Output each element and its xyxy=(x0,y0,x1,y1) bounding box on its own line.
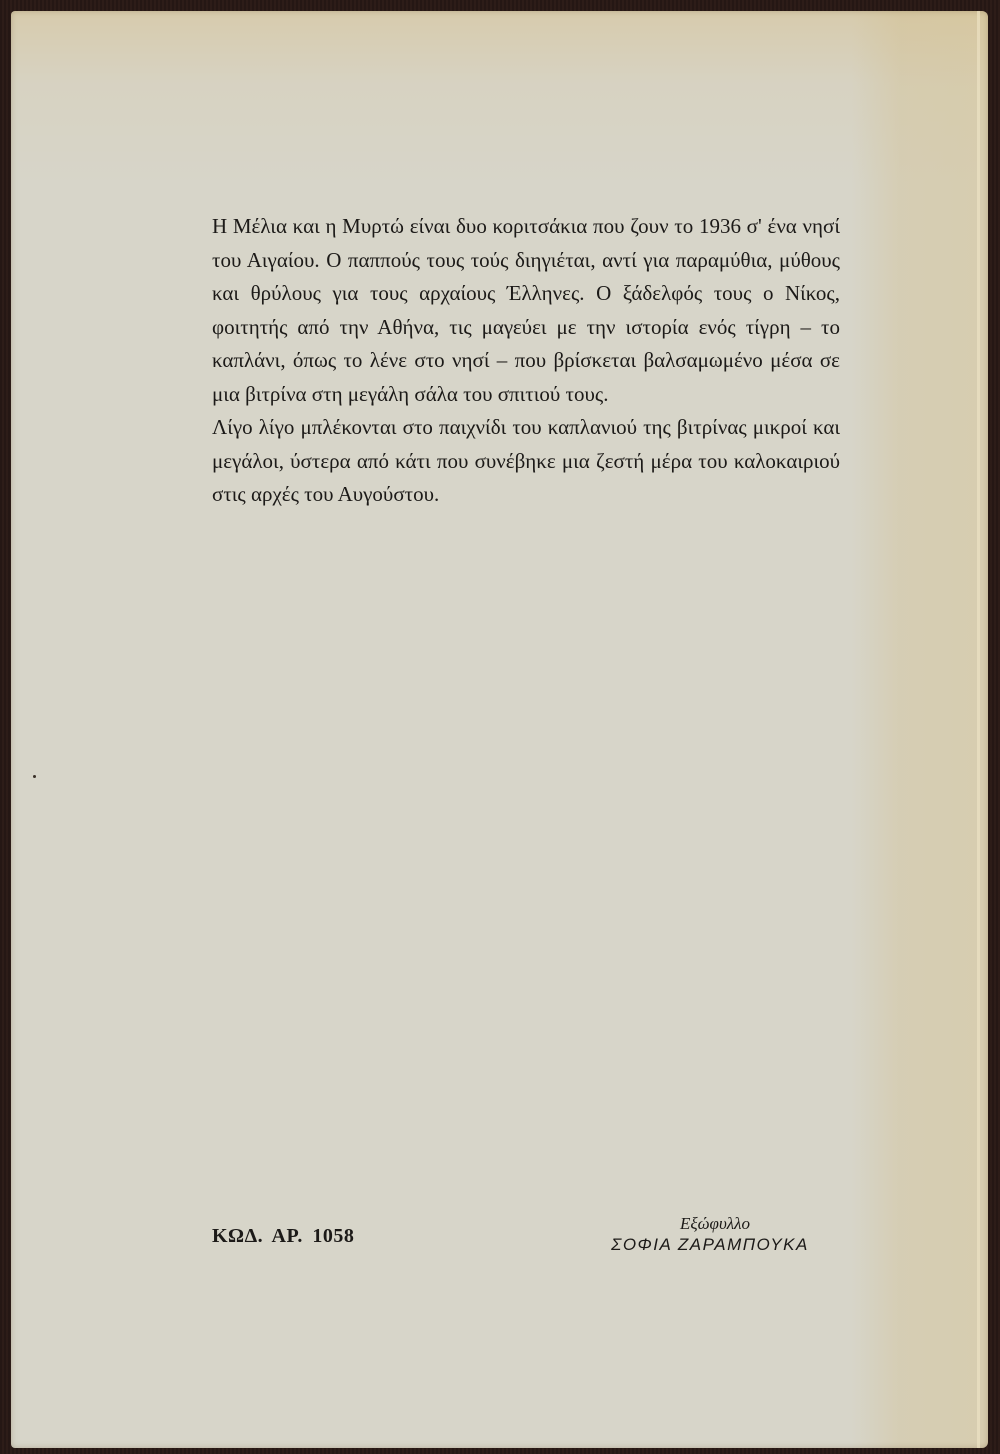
blurb-text: Η Μέλια και η Μυρτώ είναι δυο κοριτσάκια… xyxy=(212,210,840,512)
cover-credit-label: Εξώφυλλο xyxy=(560,1214,860,1234)
print-speck xyxy=(33,775,36,778)
cover-artist-name: ΣΟΦΙΑ ΖΑΡΑΜΠΟΥΚΑ xyxy=(560,1234,860,1256)
cover-edge xyxy=(977,11,980,1448)
catalog-code: ΚΩΔ. ΑΡ. 1058 xyxy=(212,1225,354,1248)
blurb-paragraph-2: Λίγο λίγο μπλέκονται στο παιχνίδι του κα… xyxy=(212,411,840,512)
cover-credit: Εξώφυλλο ΣΟΦΙΑ ΖΑΡΑΜΠΟΥΚΑ xyxy=(560,1214,860,1256)
blurb-paragraph-1: Η Μέλια και η Μυρτώ είναι δυο κοριτσάκια… xyxy=(212,210,840,411)
